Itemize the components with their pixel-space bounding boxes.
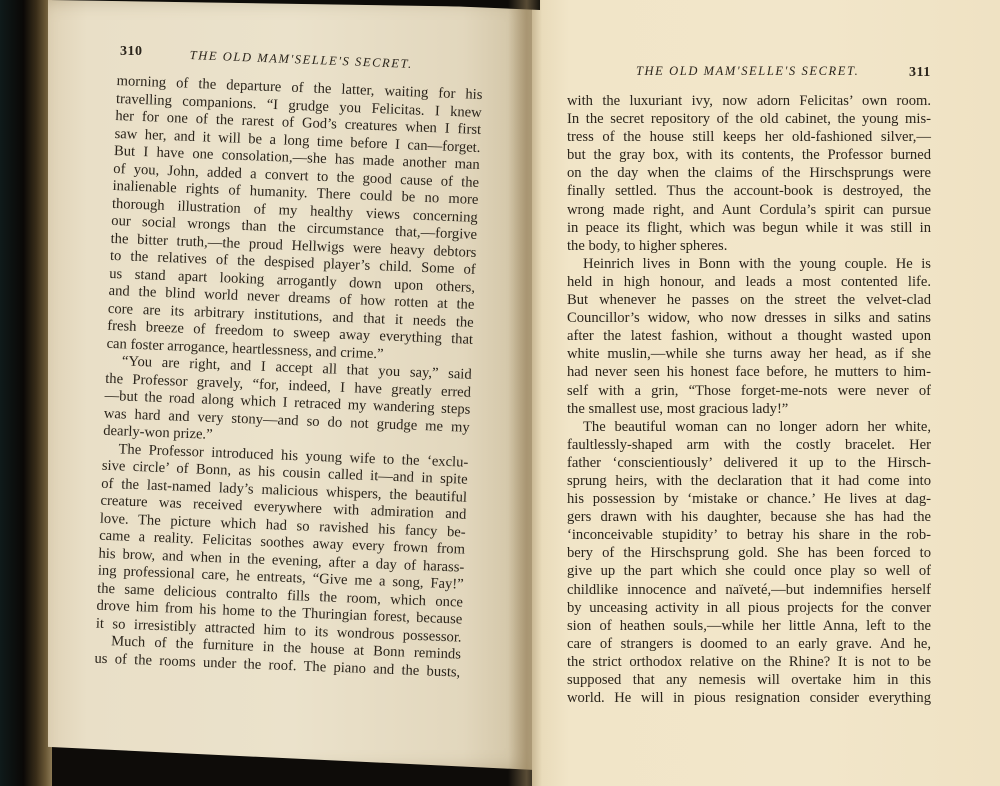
text-line: on the day when the claims of the Hirsch…	[567, 164, 931, 182]
text-line: sprung heirs, with the declaration that …	[567, 472, 931, 490]
text-line: white muslin,—while she turns away her h…	[567, 345, 931, 363]
page-number-left: 310	[120, 44, 143, 60]
text-line: world. He will in pious resignation cons…	[567, 689, 931, 707]
text-line: self with a grin, “Those forget-me-nots …	[567, 382, 931, 400]
running-head-right: THE OLD MAM'SELLE'S SECRET.	[636, 64, 859, 79]
left-page-body: morning of the departure of the latter, …	[94, 73, 483, 682]
text-line: finally settled. Thus the account-book i…	[567, 182, 931, 200]
text-line: held in high honour, and leads a most co…	[567, 273, 931, 291]
paragraph-start: Heinrich lives in Bonn with the young co…	[567, 255, 931, 273]
text-line: the smallest use, most gracious lady!”	[567, 400, 931, 418]
text-line: the body, to higher spheres.	[567, 237, 931, 255]
text-line: tress of the house still keeps her old-f…	[567, 128, 931, 146]
book-edge	[0, 0, 52, 786]
text-line: faultlessly-shaped arm with the costly b…	[567, 436, 931, 454]
text-line: sion of heathen souls,—while her little …	[567, 617, 931, 635]
text-line: his possession by ‘mistake or chance.’ H…	[567, 490, 931, 508]
text-line: But whenever he passes on the street the…	[567, 291, 931, 309]
paragraph-start: The beautiful woman can no longer adorn …	[567, 418, 931, 436]
text-line: gers drawn with his daughter, because sh…	[567, 508, 931, 526]
text-line: by unceasing activity in all pious proje…	[567, 599, 931, 617]
text-line: but the gray box, with its contents, the…	[567, 146, 931, 164]
text-line: ‘inconceivable stupidity’ to betray his …	[567, 526, 931, 544]
text-line: with the luxuriant ivy, now adorn Felici…	[567, 92, 931, 110]
text-line: bery of the Hirschsprung gold. She has b…	[567, 544, 931, 562]
text-line: had never seen his honest face before, h…	[567, 363, 931, 381]
text-line: Councillor’s widow, who now dresses in s…	[567, 309, 931, 327]
text-line: the strict orthodox relative on the Rhin…	[567, 653, 931, 671]
text-line: wrong made right, and Aunt Cordula’s spi…	[567, 201, 931, 219]
right-page-body: with the luxuriant ivy, now adorn Felici…	[567, 92, 931, 707]
text-line: childlike innocence and naïveté,—but ind…	[567, 581, 931, 599]
text-line: father ‘conscientiously’ delivered it up…	[567, 454, 931, 472]
text-line: supposed that any nemesis will overtake …	[567, 671, 931, 689]
text-line: In the secret repository of the old cabi…	[567, 110, 931, 128]
text-line: in peace its flight, which was begun whi…	[567, 219, 931, 237]
page-number-right: 311	[909, 65, 931, 81]
book-spread: 310 THE OLD MAM'SELLE'S SECRET. morning …	[0, 0, 1000, 786]
text-line: give up the part which she could once pl…	[567, 562, 931, 580]
text-line: after the latest fashion, without a thou…	[567, 327, 931, 345]
text-line: care of strangers is doomed to an early …	[567, 635, 931, 653]
